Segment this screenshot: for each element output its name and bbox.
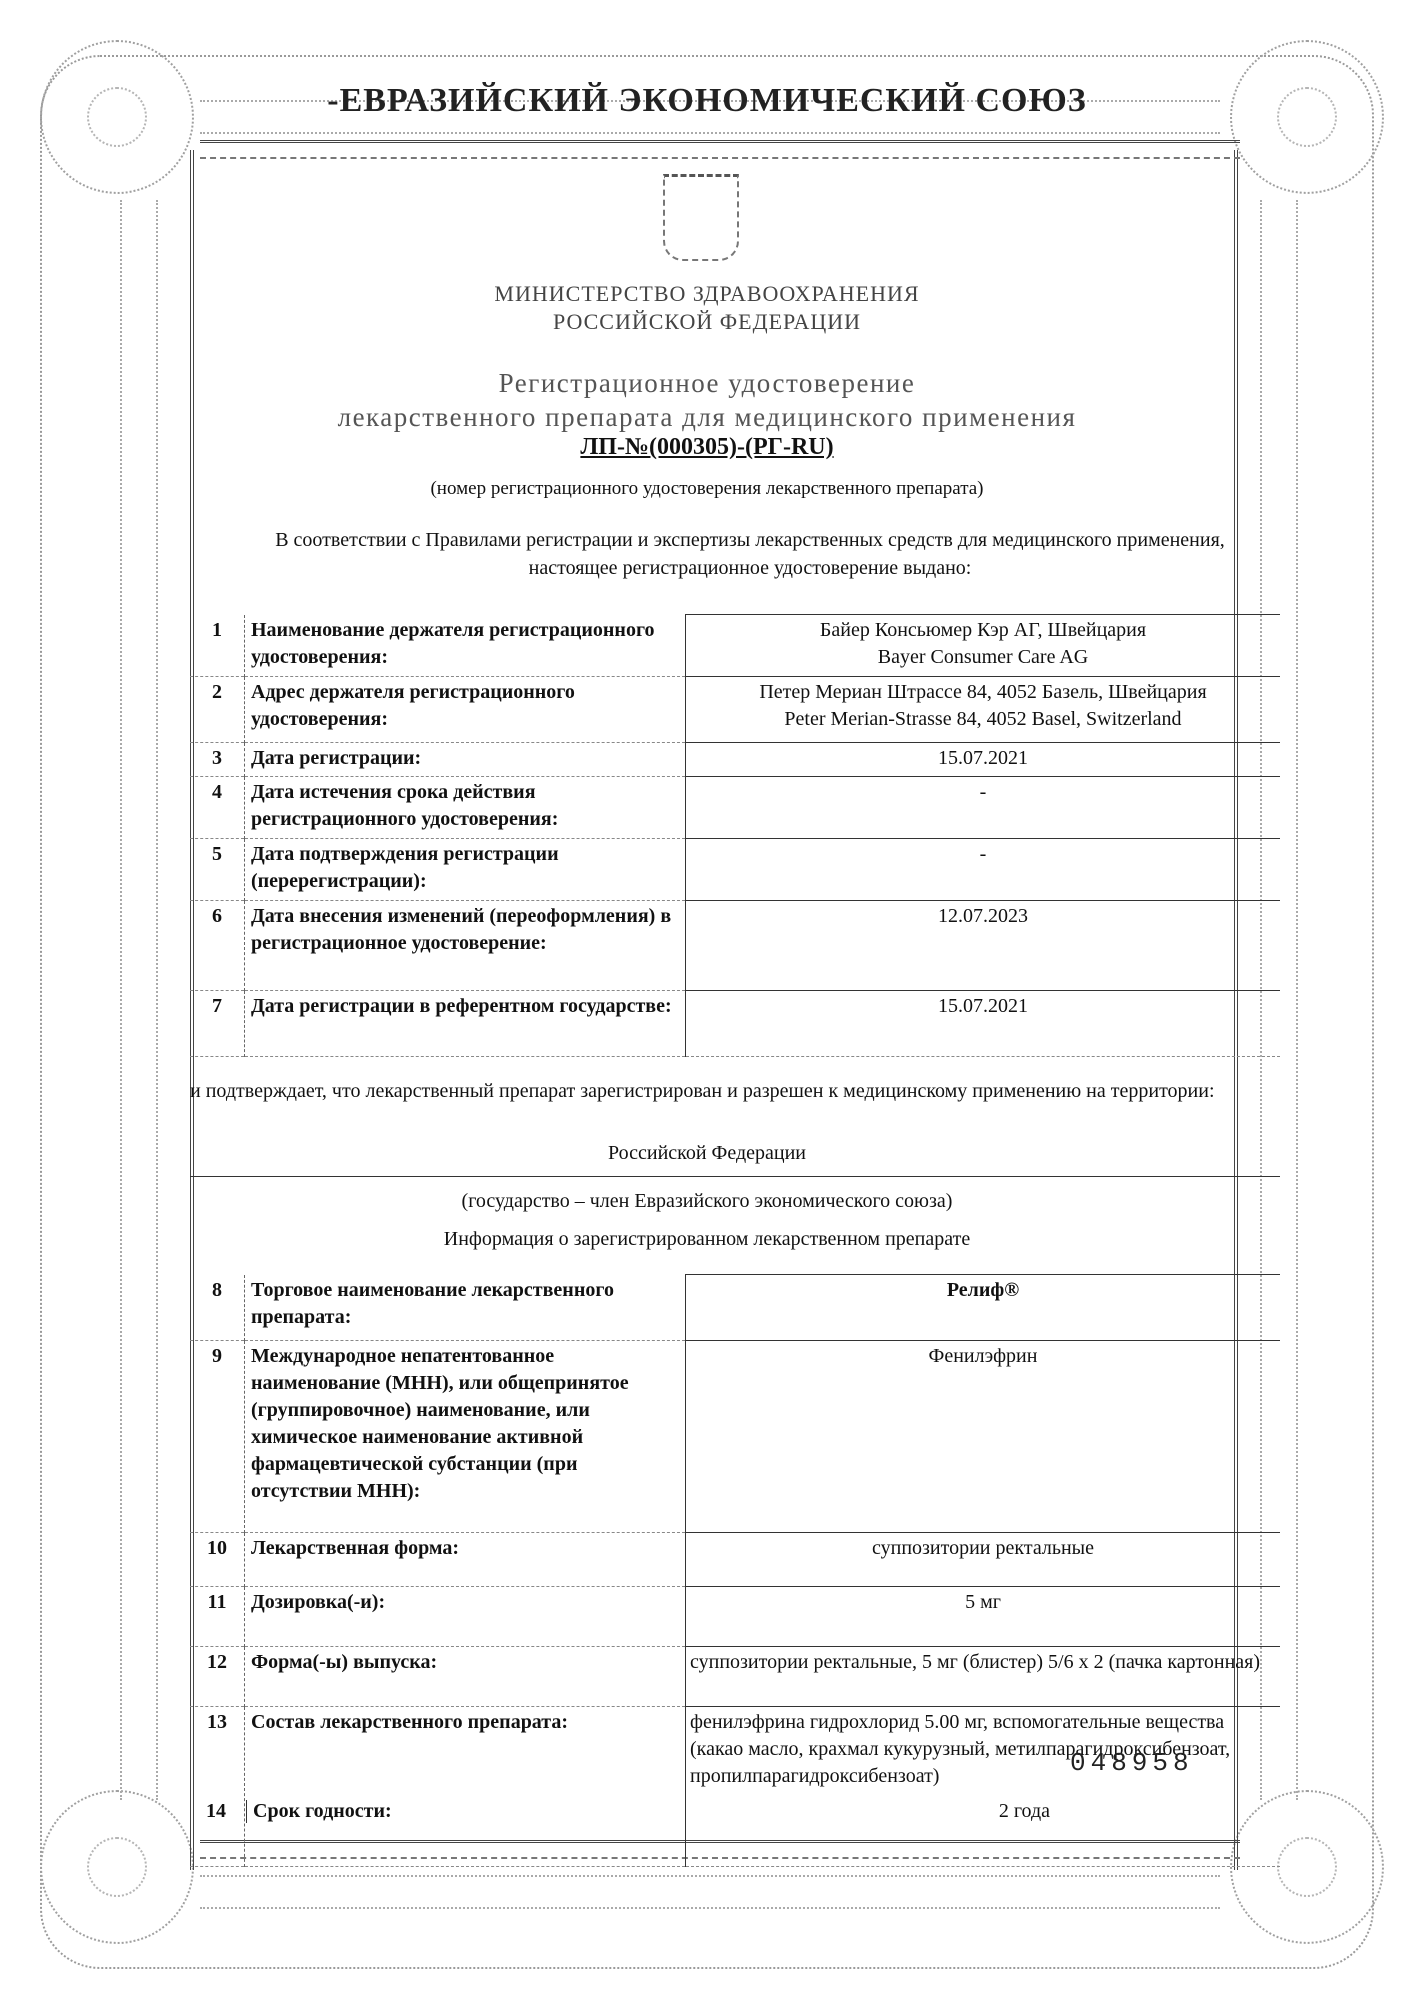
certificate-number: ЛП-№(000305)-(РГ-RU) [0,434,1414,461]
row-number: 3 [190,743,245,777]
intro-text: В соответствии с Правилами регистрации и… [230,526,1270,582]
row-value: суппозитории ректальные, 5 мг (блистер) … [686,1647,1281,1707]
table-row: 2Адрес держателя регистрационного удосто… [190,677,1280,743]
row-label: Дата подтверждения регистрации (перереги… [245,839,686,901]
product-info-heading: Информация о зарегистрированном лекарств… [0,1228,1414,1251]
table-row: 11Дозировка(-и):5 мг [190,1587,1280,1647]
divider [190,1176,1280,1177]
row-value: 5 мг [686,1587,1281,1647]
row-value-line: - [690,841,1276,868]
table-row: 9Международное непатентованное наименова… [190,1341,1280,1533]
row-number: 7 [190,991,245,1057]
row-value: Релиф® [686,1275,1281,1341]
table-row: 10Лекарственная форма:суппозитории ректа… [190,1533,1280,1587]
table-row: 1Наименование держателя регистрационного… [190,615,1280,677]
row-label: Дозировка(-и): [245,1587,686,1647]
row-value-line: 12.07.2023 [690,903,1276,930]
row-number: 4 [190,777,245,839]
row-value: 15.07.2021 [686,743,1281,777]
row-value-line: Peter Merian-Strasse 84, 4052 Basel, Swi… [690,706,1276,733]
table-row: 7Дата регистрации в референтном государс… [190,991,1280,1057]
row-value: 2 года [190,1800,1260,1823]
row-number: 6 [190,901,245,991]
row-number: 10 [190,1533,245,1587]
inner-border-top [200,140,1240,159]
corner-rosette-icon [40,1790,194,1944]
row-value-line: Bayer Consumer Care AG [690,644,1276,671]
row-value: 12.07.2023 [686,901,1281,991]
row-label: Дата внесения изменений (переоформления)… [245,901,686,991]
table-row: 6Дата внесения изменений (переоформления… [190,901,1280,991]
table-row: 4Дата истечения срока действия регистрац… [190,777,1280,839]
row-label: Торговое наименование лекарственного пре… [245,1275,686,1341]
ornamental-garland [200,1875,1220,1909]
row-label: Дата регистрации в референтном государст… [245,991,686,1057]
row-label: Форма(-ы) выпуска: [245,1647,686,1707]
union-title: -ЕВРАЗИЙСКИЙ ЭКОНОМИЧЕСКИЙ СОЮЗ [0,82,1414,120]
territory: Российской Федерации [0,1142,1414,1165]
territory-caption: (государство – член Евразийского экономи… [0,1190,1414,1213]
table-row: 12Форма(-ы) выпуска:суппозитории ректаль… [190,1647,1280,1707]
row-value: суппозитории ректальные [686,1533,1281,1587]
row-number: 9 [190,1341,245,1533]
ministry-line-1: МИНИСТЕРСТВО ЗДРАВООХРАНЕНИЯ [0,280,1414,308]
table-row: 3Дата регистрации:15.07.2021 [190,743,1280,777]
row-label: Международное непатентованное наименован… [245,1341,686,1533]
row-value-line: Байер Консьюмер Кэр АГ, Швейцария [690,617,1276,644]
row-label: Дата истечения срока действия регистраци… [245,777,686,839]
row-number: 11 [190,1587,245,1647]
product-table: 8Торговое наименование лекарственного пр… [190,1274,1280,1867]
row-value: фенилэфрина гидрохлорид 5.00 мг, вспомог… [686,1707,1281,1867]
ministry-line-2: РОССИЙСКОЙ ФЕДЕРАЦИИ [0,308,1414,336]
row-label: Дата регистрации: [245,743,686,777]
confirmation-text: и подтверждает, что лекарственный препар… [190,1078,1280,1104]
row-number: 5 [190,839,245,901]
row-value: - [686,839,1281,901]
row-number: 8 [190,1275,245,1341]
row-label: Состав лекарственного препарата: [245,1707,686,1867]
row-value: Байер Консьюмер Кэр АГ, ШвейцарияBayer C… [686,615,1281,677]
certificate-number-caption: (номер регистрационного удостоверения ле… [0,478,1414,500]
serial-number: 048958 [1070,1748,1194,1778]
row-number: 2 [190,677,245,743]
row-value-line: - [690,779,1276,806]
holder-table: 1Наименование держателя регистрационного… [190,614,1280,1057]
row-number: 12 [190,1647,245,1707]
row-number: 13 [190,1707,245,1867]
document-title-line-2: лекарственного препарата для медицинског… [0,400,1414,434]
row-value: Фенилэфрин [686,1341,1281,1533]
table-row: 5Дата подтверждения регистрации (перерег… [190,839,1280,901]
row-number: 1 [190,615,245,677]
row-value: - [686,777,1281,839]
row-value-line: Петер Мериан Штрассе 84, 4052 Базель, Шв… [690,679,1276,706]
row-label: Адрес держателя регистрационного удостов… [245,677,686,743]
row-label: Наименование держателя регистрационного … [245,615,686,677]
table-row: 13Состав лекарственного препарата:фенилэ… [190,1707,1280,1867]
document-title: Регистрационное удостоверение лекарствен… [0,366,1414,434]
row-value-line: 15.07.2021 [690,745,1276,772]
document-title-line-1: Регистрационное удостоверение [0,366,1414,400]
table-row: 8Торговое наименование лекарственного пр… [190,1275,1280,1341]
row-value: 15.07.2021 [686,991,1281,1057]
ministry-name: МИНИСТЕРСТВО ЗДРАВООХРАНЕНИЯ РОССИЙСКОЙ … [0,280,1414,336]
row-value: Петер Мериан Штрассе 84, 4052 Базель, Шв… [686,677,1281,743]
coat-of-arms-icon [663,174,739,261]
row-label: Лекарственная форма: [245,1533,686,1587]
row-value-line: 15.07.2021 [690,993,1276,1020]
